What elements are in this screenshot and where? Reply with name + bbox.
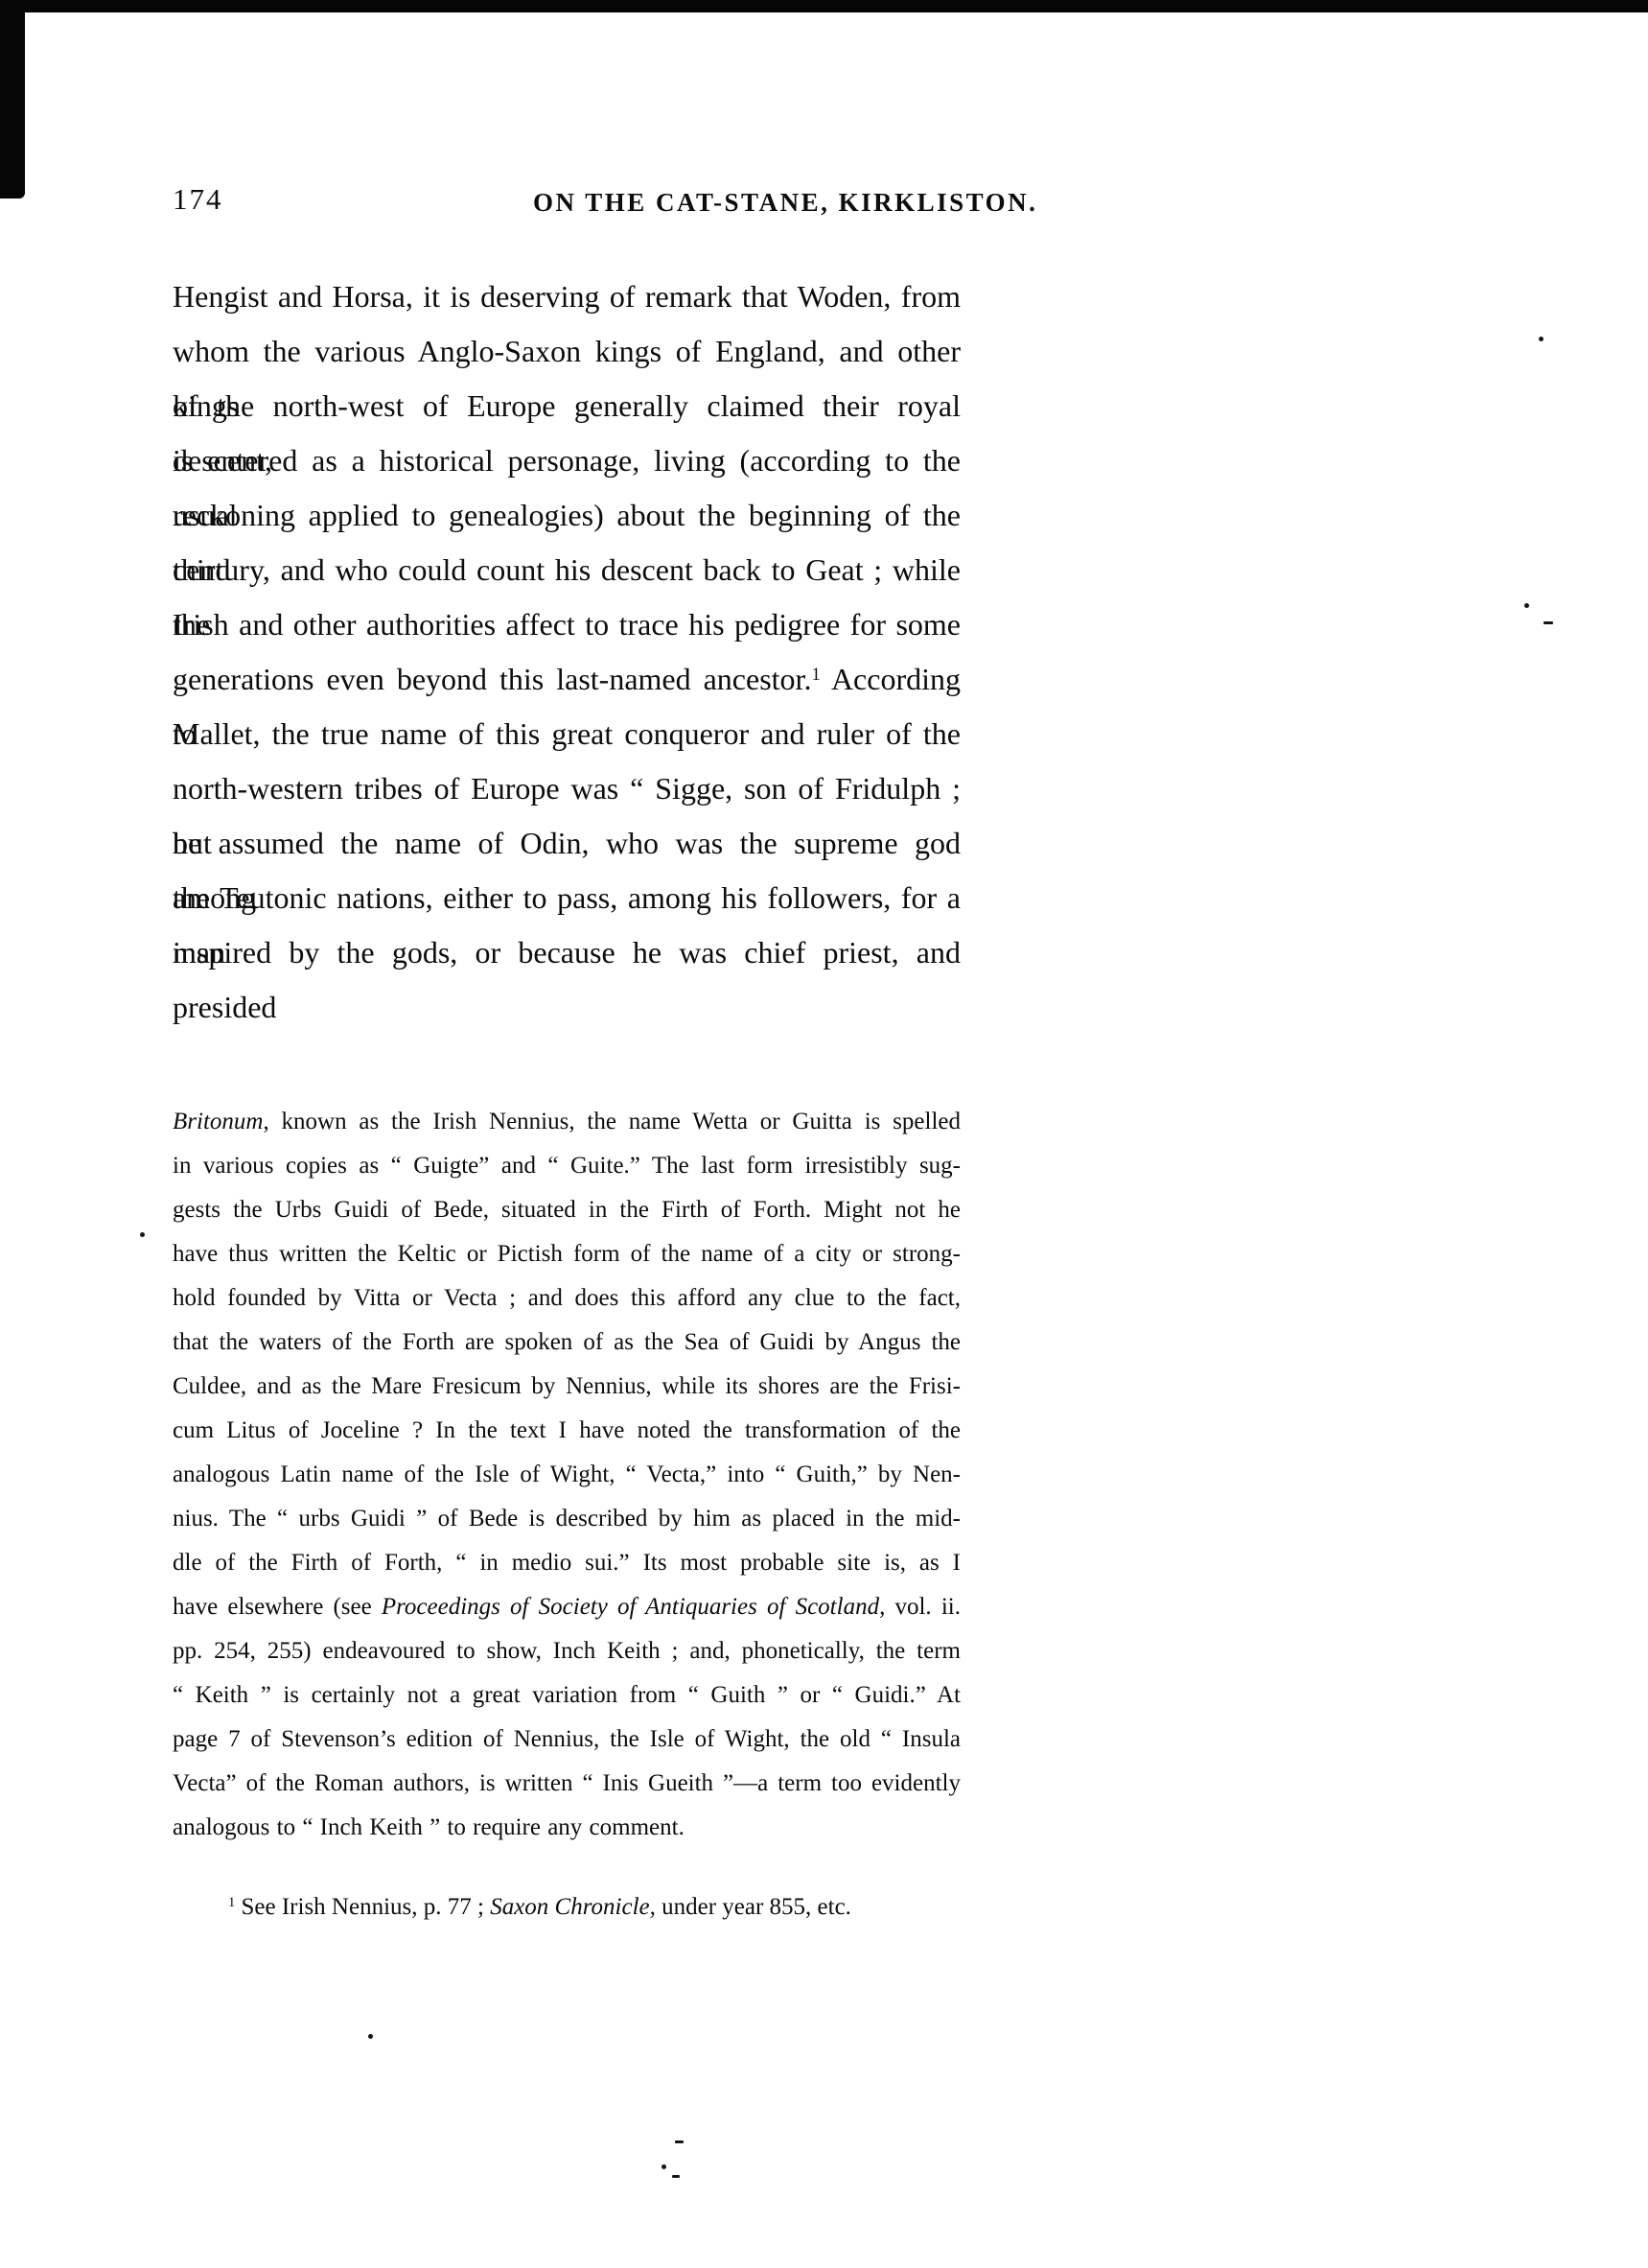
scan-speck bbox=[1544, 621, 1553, 624]
scan-speck bbox=[140, 1232, 145, 1237]
text-line: Irish and other authorities affect to tr… bbox=[173, 597, 961, 652]
text-line: reckoning applied to genealogies) about … bbox=[173, 488, 961, 543]
text-line: of the north-west of Europe generally cl… bbox=[173, 379, 961, 433]
text-line: hold founded by Vitta or Vecta ; and doe… bbox=[173, 1276, 961, 1321]
page-number: 174 bbox=[173, 182, 223, 217]
footnote-note: Britonum, known as the Irish Nennius, th… bbox=[173, 1100, 961, 1850]
text-line: inspired by the gods, or because he was … bbox=[173, 925, 961, 980]
text-line: north-western tribes of Europe was “ Sig… bbox=[173, 761, 961, 816]
scan-speck bbox=[368, 2034, 373, 2039]
text-line: pp. 254, 255) endeavoured to show, Inch … bbox=[173, 1629, 961, 1673]
text-line: the Teutonic nations, either to pass, am… bbox=[173, 871, 961, 925]
text-line: page 7 of Stevenson’s edition of Nennius… bbox=[173, 1718, 961, 1762]
text-line: he assumed the name of Odin, who was the… bbox=[173, 816, 961, 871]
running-title: ON THE CAT-STANE, KIRKLISTON. bbox=[533, 188, 1037, 218]
text-line: Britonum, known as the Irish Nennius, th… bbox=[173, 1100, 961, 1144]
scan-speck bbox=[1524, 603, 1529, 608]
text-line: that the waters of the Forth are spoken … bbox=[173, 1321, 961, 1365]
text-line: cum Litus of Joceline ? In the text I ha… bbox=[173, 1409, 961, 1453]
text-line: have elsewhere (see Proceedings of Socie… bbox=[173, 1585, 961, 1629]
scan-speck bbox=[675, 2140, 684, 2143]
footnote-citation: 1 See Irish Nennius, p. 77 ; Saxon Chron… bbox=[173, 1888, 1016, 1927]
scan-artifact-left-edge bbox=[0, 0, 25, 199]
text-line: analogous Latin name of the Isle of Wigh… bbox=[173, 1453, 961, 1497]
text-line: nius. The “ urbs Guidi ” of Bede is desc… bbox=[173, 1497, 961, 1541]
scan-speck bbox=[662, 2164, 666, 2169]
scan-speck bbox=[672, 2175, 680, 2178]
text-line: Culdee, and as the Mare Fresicum by Nenn… bbox=[173, 1365, 961, 1409]
text-line: “ Keith ” is certainly not a great varia… bbox=[173, 1673, 961, 1718]
text-line: Mallet, the true name of this great conq… bbox=[173, 707, 961, 761]
text-line: Hengist and Horsa, it is deserving of re… bbox=[173, 269, 961, 324]
scan-speck bbox=[1539, 337, 1544, 341]
scanned-book-page: 174 ON THE CAT-STANE, KIRKLISTON. Hengis… bbox=[0, 0, 1648, 2268]
scan-artifact-top-edge bbox=[0, 0, 1648, 12]
text-line: Vecta” of the Roman authors, is written … bbox=[173, 1762, 961, 1806]
text-line: analogous to “ Inch Keith ” to require a… bbox=[173, 1806, 961, 1850]
text-line: generations even beyond this last-named … bbox=[173, 652, 961, 707]
text-line: have thus written the Keltic or Pictish … bbox=[173, 1232, 961, 1276]
text-line: in various copies as “ Guigte” and “ Gui… bbox=[173, 1144, 961, 1188]
text-line: dle of the Firth of Forth, “ in medio su… bbox=[173, 1541, 961, 1585]
main-paragraph: Hengist and Horsa, it is deserving of re… bbox=[173, 269, 961, 980]
text-line: century, and who could count his descent… bbox=[173, 543, 961, 597]
text-line: whom the various Anglo-Saxon kings of En… bbox=[173, 324, 961, 379]
text-line: gests the Urbs Guidi of Bede, situated i… bbox=[173, 1188, 961, 1232]
text-line: is entered as a historical personage, li… bbox=[173, 433, 961, 488]
